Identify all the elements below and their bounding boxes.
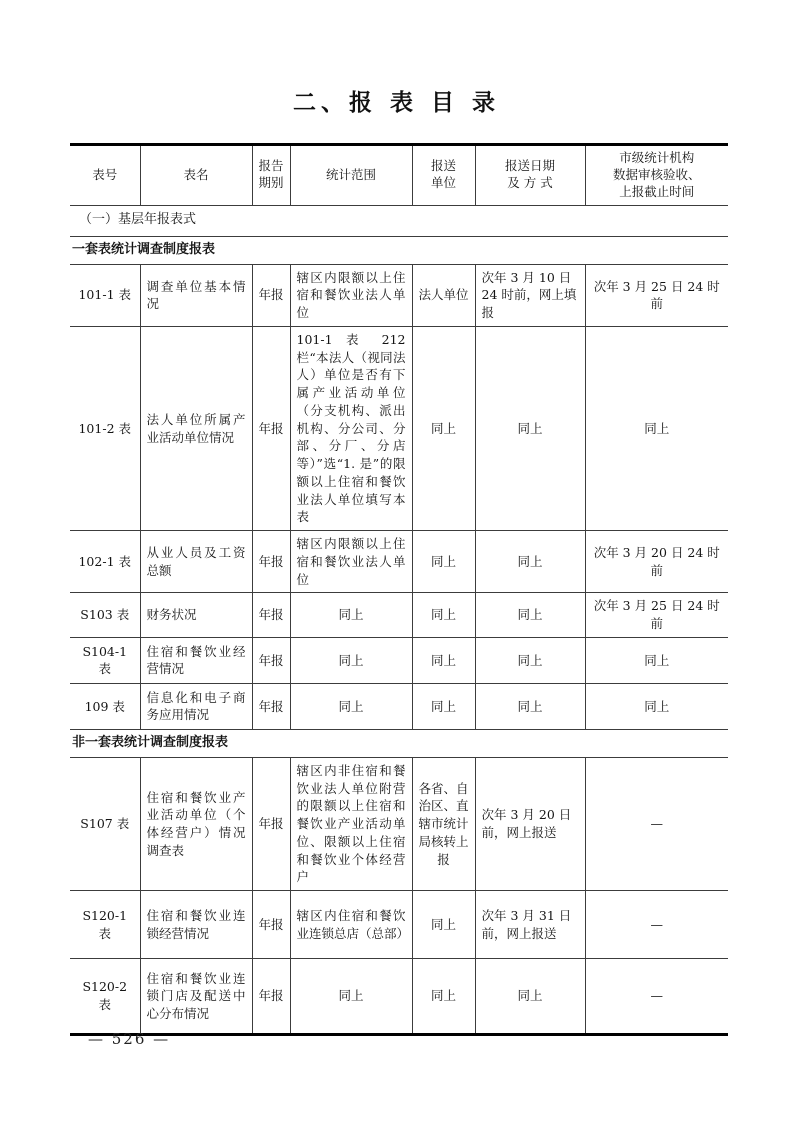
cell-table-name: 住宿和餐饮业产业活动单位（个体经营户）情况调查表 <box>140 757 252 890</box>
page-number: — 526 — <box>88 1030 170 1048</box>
header-report-period: 报告 期别 <box>252 145 290 206</box>
cell-deadline: 同上 <box>585 683 728 729</box>
section-heading: （一）基层年报表式 <box>70 205 728 236</box>
cell-date: 次年 3 月 31 日前，网上报送 <box>475 891 585 959</box>
header-reporting-unit: 报送 单位 <box>412 145 475 206</box>
cell-table-name: 住宿和餐饮业连锁经营情况 <box>140 891 252 959</box>
cell-table-name: 从业人员及工资总额 <box>140 531 252 593</box>
cell-deadline: 次年 3 月 25 日 24 时前 <box>585 593 728 638</box>
cell-table-name: 住宿和餐饮业经营情况 <box>140 637 252 683</box>
cell-date: 同上 <box>475 593 585 638</box>
table-row: S120-2 表 住宿和餐饮业连锁门店及配送中心分布情况 年报 同上 同上 同上… <box>70 959 728 1035</box>
cell-table-no: S120-2 表 <box>70 959 140 1035</box>
table-row: 102-1 表 从业人员及工资总额 年报 辖区内限额以上住宿和餐饮业法人单位 同… <box>70 531 728 593</box>
cell-period: 年报 <box>252 757 290 890</box>
section-row-annual-forms: （一）基层年报表式 <box>70 205 728 236</box>
table-row: S103 表 财务状况 年报 同上 同上 同上 次年 3 月 25 日 24 时… <box>70 593 728 638</box>
cell-table-no: S103 表 <box>70 593 140 638</box>
page-title: 二、报 表 目 录 <box>0 84 793 117</box>
cell-period: 年报 <box>252 637 290 683</box>
cell-table-no: 101-1 表 <box>70 264 140 326</box>
header-table-name: 表名 <box>140 145 252 206</box>
cell-period: 年报 <box>252 531 290 593</box>
cell-deadline: — <box>585 959 728 1035</box>
subsection-row-one-set: 一套表统计调查制度报表 <box>70 236 728 264</box>
cell-scope: 同上 <box>290 637 412 683</box>
table-row: S104-1 表 住宿和餐饮业经营情况 年报 同上 同上 同上 同上 <box>70 637 728 683</box>
header-table-no: 表号 <box>70 145 140 206</box>
cell-unit: 同上 <box>412 959 475 1035</box>
cell-unit: 各省、自治区、直辖市统计局核转上报 <box>412 757 475 890</box>
cell-unit: 同上 <box>412 593 475 638</box>
cell-period: 年报 <box>252 264 290 326</box>
cell-scope: 辖区内非住宿和餐饮业法人单位附营的限额以上住宿和餐饮业产业活动单位、限额以上住宿… <box>290 757 412 890</box>
cell-table-name: 财务状况 <box>140 593 252 638</box>
cell-date: 次年 3 月 20 日前，网上报送 <box>475 757 585 890</box>
cell-table-no: S120-1 表 <box>70 891 140 959</box>
cell-table-name: 住宿和餐饮业连锁门店及配送中心分布情况 <box>140 959 252 1035</box>
cell-date: 次年 3 月 10 日 24 时前，网上填报 <box>475 264 585 326</box>
cell-scope: 同上 <box>290 959 412 1035</box>
cell-period: 年报 <box>252 326 290 530</box>
cell-table-no: S104-1 表 <box>70 637 140 683</box>
table-header-row: 表号 表名 报告 期别 统计范围 报送 单位 报送日期 及 方 式 市级统计机构… <box>70 145 728 206</box>
subsection-row-non-one-set: 非一套表统计调查制度报表 <box>70 729 728 757</box>
cell-date: 同上 <box>475 683 585 729</box>
cell-table-no: 102-1 表 <box>70 531 140 593</box>
cell-table-name: 调查单位基本情况 <box>140 264 252 326</box>
cell-period: 年报 <box>252 891 290 959</box>
cell-scope: 101-1 表 212 栏“本法人（视同法人）单位是否有下属产业活动单位（分支机… <box>290 326 412 530</box>
cell-deadline: 同上 <box>585 326 728 530</box>
cell-period: 年报 <box>252 959 290 1035</box>
cell-date: 同上 <box>475 637 585 683</box>
header-review-deadline: 市级统计机构 数据审核验收、 上报截止时间 <box>585 145 728 206</box>
table-row: S107 表 住宿和餐饮业产业活动单位（个体经营户）情况调查表 年报 辖区内非住… <box>70 757 728 890</box>
cell-unit: 同上 <box>412 637 475 683</box>
cell-unit: 同上 <box>412 683 475 729</box>
cell-unit: 同上 <box>412 891 475 959</box>
report-catalog-table: 表号 表名 报告 期别 统计范围 报送 单位 报送日期 及 方 式 市级统计机构… <box>70 143 728 1036</box>
table-row: 101-1 表 调查单位基本情况 年报 辖区内限额以上住宿和餐饮业法人单位 法人… <box>70 264 728 326</box>
cell-scope: 辖区内限额以上住宿和餐饮业法人单位 <box>290 531 412 593</box>
cell-table-no: S107 表 <box>70 757 140 890</box>
cell-scope: 辖区内住宿和餐饮业连锁总店（总部） <box>290 891 412 959</box>
cell-date: 同上 <box>475 959 585 1035</box>
cell-unit: 同上 <box>412 326 475 530</box>
cell-deadline: 次年 3 月 25 日 24 时前 <box>585 264 728 326</box>
cell-table-name: 法人单位所属产业活动单位情况 <box>140 326 252 530</box>
cell-table-no: 109 表 <box>70 683 140 729</box>
cell-deadline: — <box>585 891 728 959</box>
header-statistical-scope: 统计范围 <box>290 145 412 206</box>
cell-scope: 同上 <box>290 683 412 729</box>
cell-deadline: 次年 3 月 20 日 24 时前 <box>585 531 728 593</box>
cell-unit: 同上 <box>412 531 475 593</box>
cell-unit: 法人单位 <box>412 264 475 326</box>
cell-scope: 辖区内限额以上住宿和餐饮业法人单位 <box>290 264 412 326</box>
table-row: S120-1 表 住宿和餐饮业连锁经营情况 年报 辖区内住宿和餐饮业连锁总店（总… <box>70 891 728 959</box>
cell-date: 同上 <box>475 326 585 530</box>
table-row: 101-2 表 法人单位所属产业活动单位情况 年报 101-1 表 212 栏“… <box>70 326 728 530</box>
subsection-heading: 非一套表统计调查制度报表 <box>70 729 728 757</box>
cell-deadline: 同上 <box>585 637 728 683</box>
table-row: 109 表 信息化和电子商务应用情况 年报 同上 同上 同上 同上 <box>70 683 728 729</box>
header-submission-date: 报送日期 及 方 式 <box>475 145 585 206</box>
cell-deadline: — <box>585 757 728 890</box>
cell-table-no: 101-2 表 <box>70 326 140 530</box>
document-page: 二、报 表 目 录 表号 表名 报告 期别 统计范围 报送 单位 报送日期 及 … <box>0 0 793 1122</box>
cell-period: 年报 <box>252 593 290 638</box>
cell-scope: 同上 <box>290 593 412 638</box>
subsection-heading: 一套表统计调查制度报表 <box>70 236 728 264</box>
cell-date: 同上 <box>475 531 585 593</box>
cell-period: 年报 <box>252 683 290 729</box>
cell-table-name: 信息化和电子商务应用情况 <box>140 683 252 729</box>
